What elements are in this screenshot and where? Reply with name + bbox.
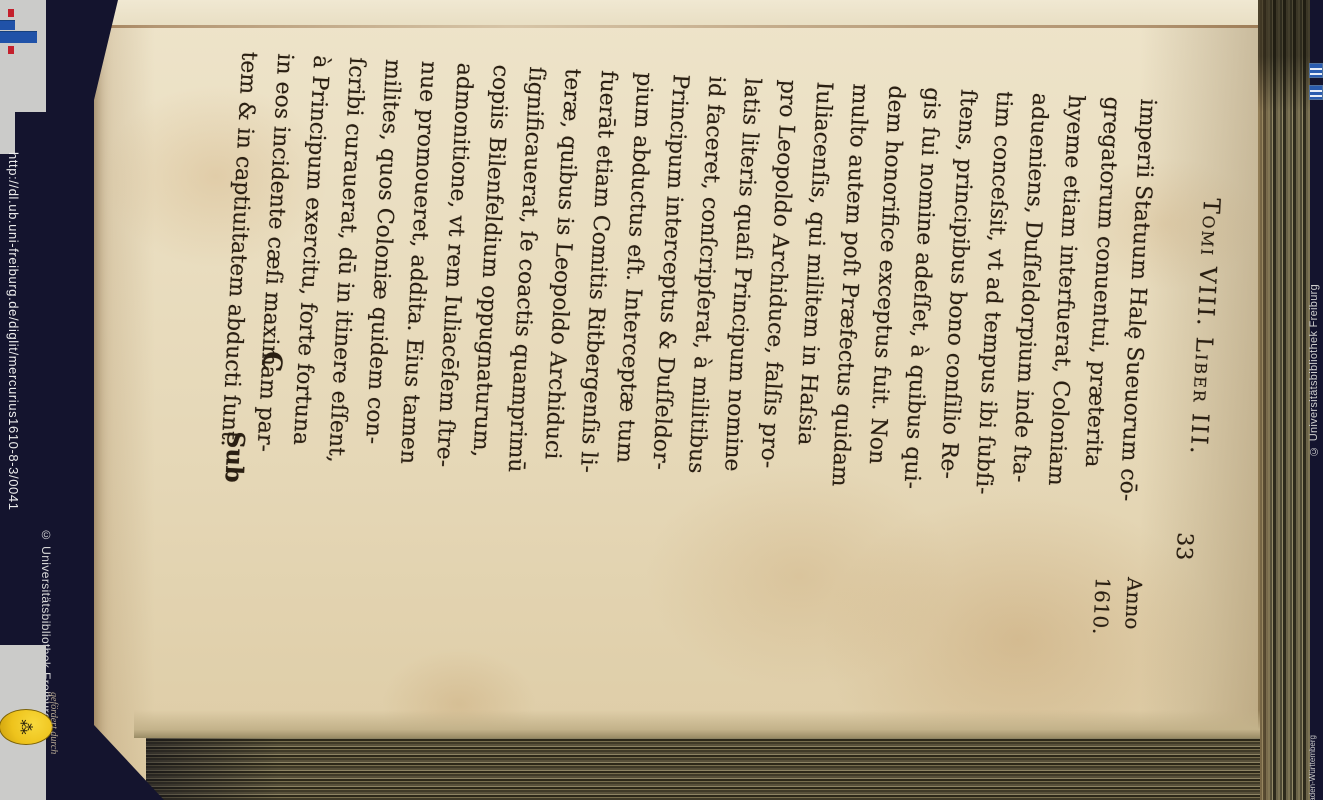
logo-red-square-icon: [8, 9, 14, 17]
funding-label: gefördert durch: [48, 692, 59, 754]
library-logo-panel: [0, 0, 46, 112]
library-logo-panel-tab: [0, 112, 15, 154]
margin-note-year: 1610.: [1088, 577, 1115, 635]
page-number: 33: [1171, 532, 1197, 561]
scan-corner-top-left: [94, 0, 118, 100]
page-block-edge-bottom: [146, 738, 1260, 800]
copyright-right-text: © Universitätsbibliothek Freiburg: [1308, 284, 1320, 457]
scan-corner-bottom-left: [94, 725, 164, 800]
margin-note-anno: Anno: [1120, 577, 1147, 630]
digitized-book-viewer: { "left_sidebar": { "url_text": "http://…: [0, 0, 1323, 800]
logo-red-square-icon: [8, 46, 14, 54]
logo-blue-bar-icon: [0, 20, 15, 30]
catchword: Sub: [219, 430, 251, 483]
partial-logo-flag-icon: [1309, 85, 1323, 100]
page-block-edge-fade: [134, 710, 1260, 738]
document-url-text: http://dl.ub.uni-freiburg.de/diglit/merc…: [6, 152, 21, 511]
funding-logo-panel: ⁂: [0, 645, 46, 800]
funding-seal-icon: ⁂: [0, 709, 53, 745]
page-text-block: Tomi VIII. Liber III. imperii Statuum Ha…: [104, 0, 1232, 607]
partial-logo-flag-icon: [1309, 63, 1323, 78]
page-block-edge-right: [1258, 0, 1310, 800]
body-paragraph: imperii Statuum Halę Sueuorum cō- gregat…: [207, 51, 1165, 549]
region-label: Baden-Württemberg: [1308, 735, 1317, 800]
logo-blue-bar-icon: [0, 31, 37, 43]
signature-mark: C: [256, 350, 287, 372]
